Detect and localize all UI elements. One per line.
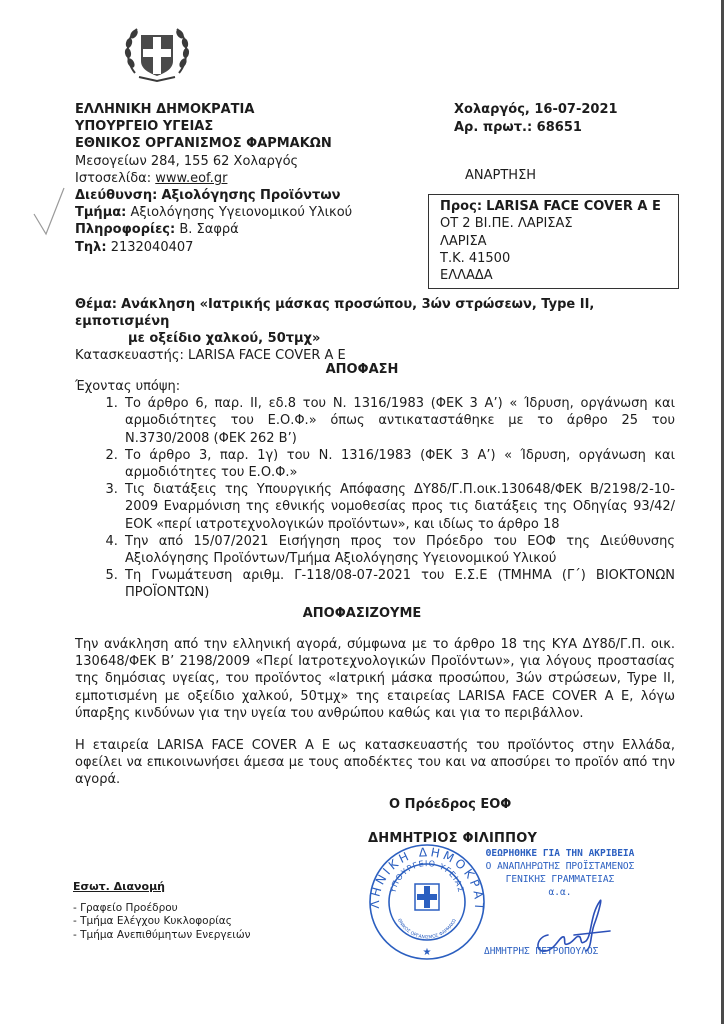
subject-block: Θέμα: Ανάκληση «Ιατρικής μάσκας προσώπου… — [75, 296, 675, 364]
consideration-item: Το άρθρο 3, παρ. 1γ) του Ν. 1316/1983 (Φ… — [122, 447, 675, 481]
distribution-item: - Τμήμα Ανεπιθύμητων Ενεργειών — [73, 929, 251, 943]
info-row: Πληροφορίες: Β. Σαφρά — [75, 221, 352, 238]
certification-stamp: ΘΕΩΡΗΘΗΚΕ ΓΙΑ ΤΗΝ ΑΚΡΙΒΕΙΑ Ο ΑΝΑΠΛΗΡΩΤΗΣ… — [480, 847, 640, 899]
withdrawal-paragraph: Η εταιρεία LARISA FACE COVER A E ως κατα… — [75, 737, 675, 789]
directorate-label: Διεύθυνση: — [75, 188, 157, 203]
decision-heading: ΑΠΟΦΑΣΗ — [0, 362, 724, 377]
considerations-list: Το άρθρο 6, παρ. ΙΙ, εδ.8 του Ν. 1316/19… — [75, 395, 675, 601]
org-line: ΥΠΟΥΡΓΕΙΟ ΥΓΕΙΑΣ — [75, 118, 352, 135]
considerations: Έχοντας υπόψη: Το άρθρο 6, παρ. ΙΙ, εδ.8… — [75, 378, 675, 602]
directorate-row: Διεύθυνση: Αξιολόγησης Προϊόντων — [75, 187, 352, 204]
posting-label: ΑΝΑΡΤΗΣΗ — [465, 168, 536, 183]
recipient-line: Τ.Κ. 41500 — [429, 250, 678, 267]
consideration-item: Την από 15/07/2021 Εισήγηση προς τον Πρό… — [122, 533, 675, 567]
resolution-paragraph: Την ανάκληση από την ελληνική αγορά, σύμ… — [75, 636, 675, 722]
info-label: Πληροφορίες: — [75, 222, 175, 237]
recipient-line: ΕΛΛΑΔΑ — [429, 267, 678, 284]
info-value: Β. Σαφρά — [179, 222, 238, 237]
org-line: ΕΘΝΙΚΟΣ ΟΡΓΑΝΙΣΜΟΣ ΦΑΡΜΑΚΩΝ — [75, 135, 352, 152]
distribution-item: - Γραφείο Προέδρου — [73, 902, 251, 916]
recipient-line: ΟΤ 2 ΒΙ.ΠΕ. ΛΑΡΙΣΑΣ — [429, 215, 678, 232]
website-link[interactable]: www.eof.gr — [155, 171, 227, 186]
signatory-title: Ο Πρόεδρος ΕΟΦ — [389, 797, 511, 812]
subject-line: Θέμα: Ανάκληση «Ιατρικής μάσκας προσώπου… — [75, 296, 675, 330]
distribution-title: Εσωτ. Διανομή — [73, 880, 251, 894]
website-label: Ιστοσελίδα: — [75, 171, 151, 186]
phone-row: Τηλ: 2132040407 — [75, 239, 352, 256]
department-value: Αξιολόγησης Υγειονομικού Υλικού — [131, 205, 353, 220]
svg-text:★: ★ — [423, 947, 432, 958]
place-date: Χολαργός, 16-07-2021 — [454, 101, 618, 119]
org-line: ΕΛΛΗΝΙΚΗ ΔΗΜΟΚΡΑΤΙΑ — [75, 101, 352, 118]
department-row: Τμήμα: Αξιολόγησης Υγειονομικού Υλικού — [75, 204, 352, 221]
subject-text-continued: με οξείδιο χαλκού, 50τμχ» — [75, 330, 675, 347]
sender-block: ΕΛΛΗΝΙΚΗ ΔΗΜΟΚΡΑΤΙΑ ΥΠΟΥΡΓΕΙΟ ΥΓΕΙΑΣ ΕΘΝ… — [75, 101, 352, 256]
consideration-item: Τη Γνωμάτευση αριθμ. Γ-118/08-07-2021 το… — [122, 567, 675, 601]
recipient-name: LARISA FACE COVER A E — [486, 199, 661, 214]
protocol-number: Αρ. πρωτ.: 68651 — [454, 119, 618, 137]
document-meta: Χολαργός, 16-07-2021 Αρ. πρωτ.: 68651 — [454, 101, 618, 136]
to-label: Προς: — [440, 199, 482, 214]
phone-label: Τηλ: — [75, 240, 107, 255]
subject-text: Ανάκληση «Ιατρικής μάσκας προσώπου, 3ών … — [75, 297, 594, 329]
directorate-value: Αξιολόγησης Προϊόντων — [161, 188, 340, 203]
official-stamp-icon: ΕΛΛΗΝΙΚΗ ΔΗΜΟΚΡΑΤΙΑ ΥΠΟΥΡΓΕΙΟ ΥΓΕΙΑΣ ΕΘΝ… — [366, 842, 488, 962]
phone-value: 2132040407 — [111, 240, 194, 255]
website-row: Ιστοσελίδα: www.eof.gr — [75, 170, 352, 187]
certifier-name: ΔΗΜΗΤΡΗΣ ΠΕΤΡΟΠΟΥΛΟΣ — [484, 946, 598, 957]
certification-line: Ο ΑΝΑΠΛΗΡΩΤΗΣ ΠΡΟΪΣΤΑΜΕΝΟΣ — [480, 860, 640, 873]
internal-distribution: Εσωτ. Διανομή - Γραφείο Προέδρου - Τμήμα… — [73, 880, 251, 942]
department-label: Τμήμα: — [75, 205, 126, 220]
subject-label: Θέμα: — [75, 297, 117, 312]
sender-address: Μεσογείων 284, 155 62 Χολαργός — [75, 153, 352, 170]
recipient-box: Προς: LARISA FACE COVER A E ΟΤ 2 ΒΙ.ΠΕ. … — [428, 194, 679, 289]
greek-emblem-icon — [121, 17, 193, 85]
resolution-heading: ΑΠΟΦΑΣΙΖΟΥΜΕ — [0, 606, 724, 621]
consideration-item: Το άρθρο 6, παρ. ΙΙ, εδ.8 του Ν. 1316/19… — [122, 395, 675, 447]
consideration-item: Τις διατάξεις της Υπουργικής Απόφασης ΔΥ… — [122, 481, 675, 533]
recipient-line: ΛΑΡΙΣΑ — [429, 233, 678, 250]
certification-line: ΘΕΩΡΗΘΗΚΕ ΓΙΑ ΤΗΝ ΑΚΡΙΒΕΙΑ — [480, 847, 640, 860]
considerations-intro: Έχοντας υπόψη: — [75, 378, 675, 395]
certification-line: ΓΕΝΙΚΗΣ ΓΡΑΜΜΑΤΕΙΑΣ — [480, 873, 640, 886]
recipient-name-row: Προς: LARISA FACE COVER A E — [429, 198, 678, 215]
distribution-item: - Τμήμα Ελέγχου Κυκλοφορίας — [73, 915, 251, 929]
check-mark-icon — [32, 186, 66, 236]
